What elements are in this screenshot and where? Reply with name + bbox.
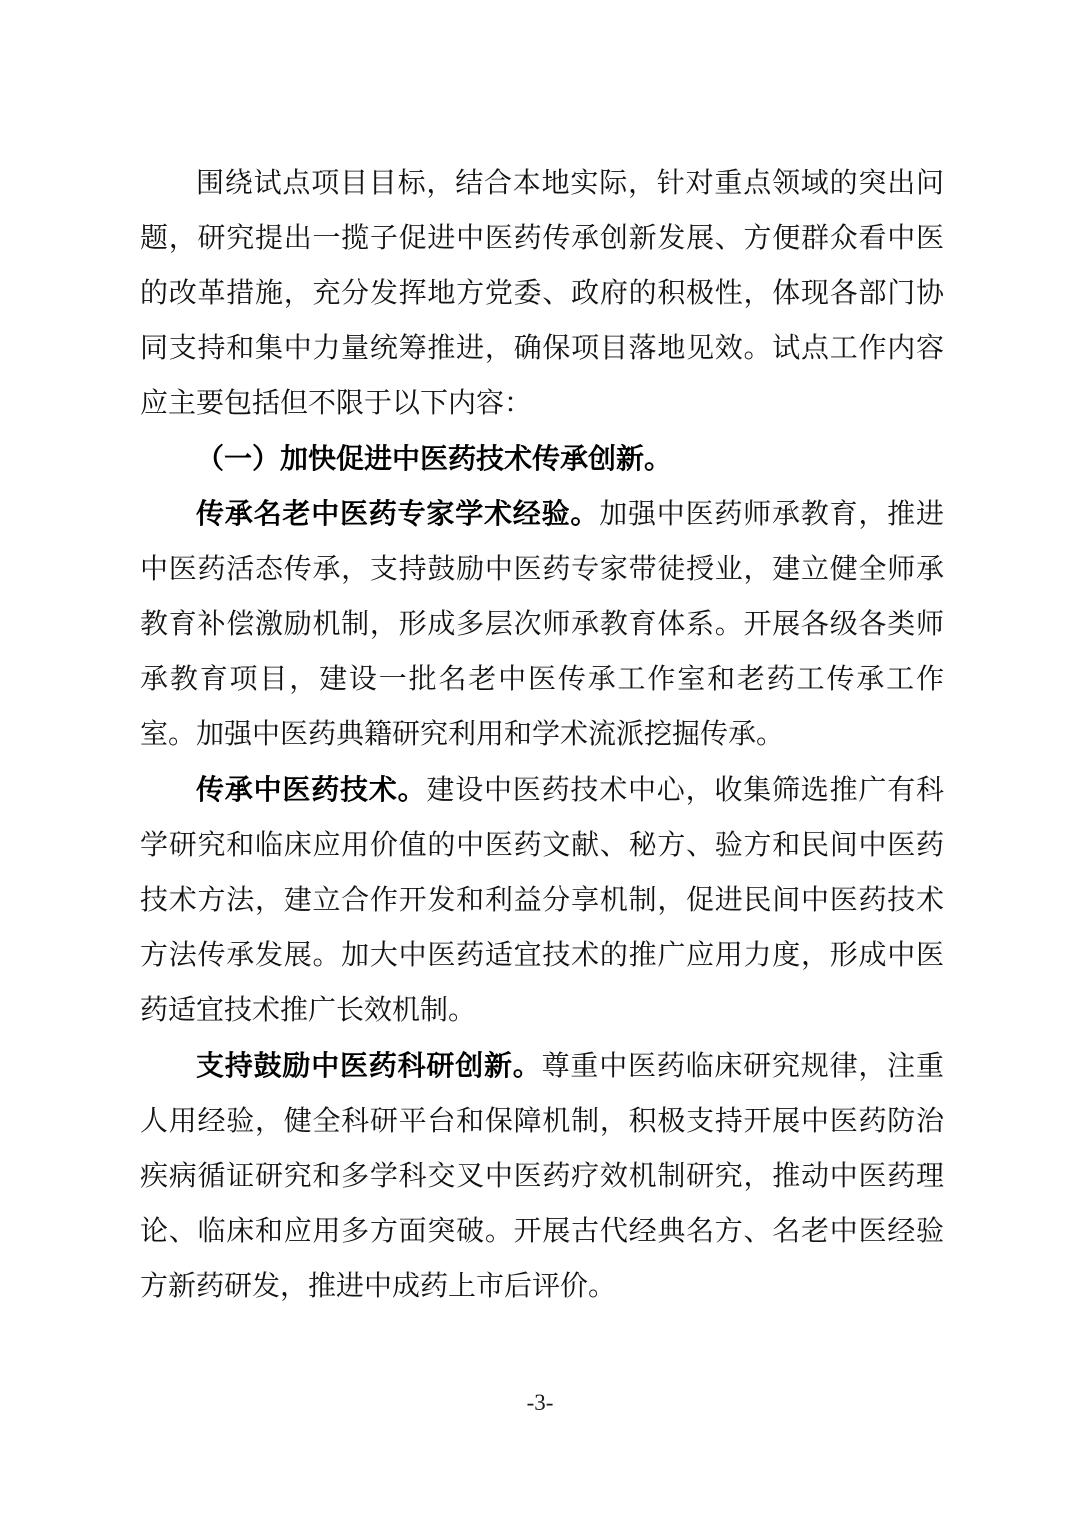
- paragraph-expert-experience-lead: 传承名老中医药专家学术经验。: [196, 498, 599, 529]
- section-heading: （一）加快促进中医药技术传承创新。: [140, 431, 944, 486]
- paragraph-tcm-technique-lead: 传承中医药技术。: [196, 774, 426, 805]
- intro-paragraph: 围绕试点项目目标，结合本地实际，针对重点领域的突出问题，研究提出一揽子促进中医药…: [140, 156, 944, 431]
- paragraph-research-innovation-body: 尊重中医药临床研究规律，注重人用经验，健全科研平台和保障机制，积极支持开展中医药…: [140, 1051, 944, 1302]
- section-heading-text: （一）加快促进中医药技术传承创新。: [196, 443, 672, 474]
- paragraph-expert-experience: 传承名老中医药专家学术经验。加强中医药师承教育，推进中医药活态传承，支持鼓励中医…: [140, 486, 944, 762]
- document-body: 围绕试点项目目标，结合本地实际，针对重点领域的突出问题，研究提出一揽子促进中医药…: [140, 156, 944, 1314]
- document-page: 围绕试点项目目标，结合本地实际，针对重点领域的突出问题，研究提出一揽子促进中医药…: [0, 0, 1080, 1526]
- paragraph-tcm-technique: 传承中医药技术。建设中医药技术中心，收集筛选推广有科学研究和临床应用价值的中医药…: [140, 762, 944, 1038]
- paragraph-expert-experience-body: 加强中医药师承教育，推进中医药活态传承，支持鼓励中医药专家带徒授业，建立健全师承…: [140, 499, 944, 750]
- paragraph-research-innovation: 支持鼓励中医药科研创新。尊重中医药临床研究规律，注重人用经验，健全科研平台和保障…: [140, 1038, 944, 1314]
- paragraph-tcm-technique-body: 建设中医药技术中心，收集筛选推广有科学研究和临床应用价值的中医药文献、秘方、验方…: [140, 775, 944, 1026]
- paragraph-research-innovation-lead: 支持鼓励中医药科研创新。: [196, 1050, 542, 1081]
- page-number: -3-: [0, 1388, 1080, 1418]
- intro-paragraph-text: 围绕试点项目目标，结合本地实际，针对重点领域的突出问题，研究提出一揽子促进中医药…: [140, 168, 944, 419]
- page-number-text: -3-: [527, 1390, 554, 1415]
